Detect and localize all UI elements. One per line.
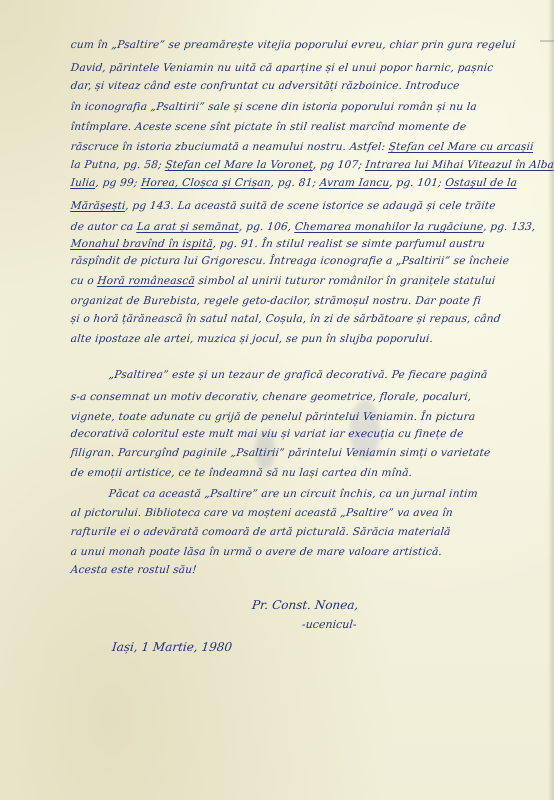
text-run: Acesta este rostul său! bbox=[70, 564, 197, 576]
text-run: dar, și viteaz când este confruntat cu a… bbox=[70, 80, 460, 92]
text-run: de emoții artistice, ce te îndeamnă să n… bbox=[70, 467, 413, 479]
underlined-title: Avram Iancu bbox=[319, 177, 390, 189]
text-run: vignete, toate adunate cu grijă de penel… bbox=[70, 411, 476, 423]
text-line: cum în „Psaltire” se preamărește vitejia… bbox=[70, 38, 516, 52]
underlined-title: Iulia bbox=[70, 177, 96, 189]
text-run: , pg. 101; bbox=[389, 177, 446, 189]
text-run: a unui monah poate lăsa în urmă o avere … bbox=[70, 546, 443, 558]
text-line: și o horă țărănească în satul natal, Coș… bbox=[70, 312, 501, 326]
text-run: alte ipostaze ale artei, muzica și jocul… bbox=[70, 333, 434, 345]
text-run: cum în „Psaltire” se preamărește vitejia… bbox=[70, 39, 516, 51]
underlined-title: La arat și semănat bbox=[136, 221, 240, 233]
underlined-title: Mărășești bbox=[70, 200, 126, 212]
text-line: Mărășești, pg 143. La această suită de s… bbox=[70, 199, 496, 213]
text-run: , pg. 91. În stilul realist se simte par… bbox=[212, 238, 485, 250]
paper-edge bbox=[548, 0, 554, 800]
text-line: al pictorului. Biblioteca care va moșten… bbox=[70, 506, 454, 520]
underlined-title: Ștefan cel Mare la Voroneț bbox=[165, 159, 314, 171]
text-run: filigran. Parcurgînd paginile „Psaltirii… bbox=[70, 447, 491, 459]
text-run: răscruce în istoria zbuciumată a neamulu… bbox=[70, 141, 389, 153]
handwritten-document-page: Pr. Const. Nonea, -ucenicul- Iași, 1 Mar… bbox=[0, 0, 554, 800]
text-line: Iulia, pg 99; Horea, Cloșca și Crișan, p… bbox=[70, 176, 518, 190]
underlined-title: Horea, Cloșca și Crișan bbox=[140, 177, 271, 189]
text-line: rafturile ei o adevărată comoară de artă… bbox=[70, 525, 451, 539]
text-line: de autor ca La arat și semănat, pg. 106,… bbox=[70, 220, 536, 234]
underlined-title: Ștefan cel Mare cu arcașii bbox=[388, 141, 534, 153]
text-run: și o horă țărănească în satul natal, Coș… bbox=[70, 313, 501, 325]
text-line: Acesta este rostul său! bbox=[70, 563, 197, 577]
text-line: dar, și viteaz când este confruntat cu a… bbox=[70, 79, 460, 93]
text-line: David, părintele Veniamin nu uită că apa… bbox=[70, 61, 494, 75]
text-run: , pg 143. La această suită de scene isto… bbox=[125, 200, 496, 212]
text-line: întîmplare. Aceste scene sînt pictate în… bbox=[70, 120, 467, 134]
text-run: răspîndit de pictura lui Grigorescu. Înt… bbox=[70, 255, 510, 267]
text-run: simbol al unirii tuturor românilor în gr… bbox=[194, 275, 496, 287]
underlined-title: Chemarea monahilor la rugăciune bbox=[294, 221, 484, 233]
text-line: de emoții artistice, ce te îndeamnă să n… bbox=[70, 466, 413, 480]
paper-edge-mark bbox=[540, 40, 554, 42]
signature-name: Pr. Const. Nonea, bbox=[251, 598, 359, 612]
text-run: , pg. 81; bbox=[270, 177, 320, 189]
text-run: cu o bbox=[70, 275, 98, 287]
underlined-title: Ostaşul de la bbox=[445, 177, 518, 189]
text-run: „Psaltirea” este și un tezaur de grafică… bbox=[108, 369, 488, 381]
text-run: de autor ca bbox=[70, 221, 137, 233]
text-line: filigran. Parcurgînd paginile „Psaltirii… bbox=[70, 446, 491, 460]
text-line: decorativă coloritul este mult mai viu ș… bbox=[70, 427, 464, 441]
text-line: cu o Horă românească simbol al unirii tu… bbox=[70, 274, 496, 288]
text-run: în iconografia „Psaltirii” sale și scene… bbox=[70, 101, 477, 113]
text-run: organizat de Burebista, regele geto-daci… bbox=[70, 295, 482, 307]
text-run: , pg 99; bbox=[95, 177, 142, 189]
underlined-title: Intrarea lui Mihai Viteazul în Alba bbox=[365, 159, 554, 171]
text-line: s-a consemnat un motiv decorativ, chenar… bbox=[70, 390, 472, 404]
underlined-title: Monahul bravînd în ispită bbox=[70, 238, 213, 250]
text-run: David, părintele Veniamin nu uită că apa… bbox=[70, 62, 494, 74]
text-line: Păcat ca această „Psaltire” are un circu… bbox=[108, 487, 479, 501]
text-run: întîmplare. Aceste scene sînt pictate în… bbox=[70, 121, 467, 133]
text-line: în iconografia „Psaltirii” sale și scene… bbox=[70, 100, 478, 114]
text-run: , pg 107; bbox=[313, 159, 367, 171]
signature-title: -ucenicul- bbox=[301, 618, 357, 631]
text-run: al pictorului. Biblioteca care va moșten… bbox=[70, 507, 453, 519]
text-line: a unui monah poate lăsa în urmă o avere … bbox=[70, 545, 443, 559]
text-line: vignete, toate adunate cu grijă de penel… bbox=[70, 410, 476, 424]
text-line: răscruce în istoria zbuciumată a neamulu… bbox=[70, 140, 534, 154]
text-line: alte ipostaze ale artei, muzica și jocul… bbox=[70, 332, 434, 346]
text-line: la Putna, pg. 58; Ștefan cel Mare la Vor… bbox=[70, 158, 554, 172]
text-run: Păcat ca această „Psaltire” are un circu… bbox=[108, 488, 478, 500]
text-line: „Psaltirea” este și un tezaur de grafică… bbox=[108, 368, 488, 382]
text-run: s-a consemnat un motiv decorativ, chenar… bbox=[70, 391, 472, 403]
text-line: Monahul bravînd în ispită, pg. 91. În st… bbox=[70, 237, 486, 251]
text-line: răspîndit de pictura lui Grigorescu. Înt… bbox=[70, 254, 510, 268]
text-run: , pg. 106, bbox=[239, 221, 296, 233]
text-line: organizat de Burebista, regele geto-daci… bbox=[70, 294, 482, 308]
text-run: , pg. 133, bbox=[483, 221, 536, 233]
text-run: decorativă coloritul este mult mai viu ș… bbox=[70, 428, 464, 440]
place-and-date: Iași, 1 Martie, 1980 bbox=[111, 640, 233, 654]
text-run: rafturile ei o adevărată comoară de artă… bbox=[70, 526, 451, 538]
text-run: la Putna, pg. 58; bbox=[70, 159, 166, 171]
underlined-title: Horă românească bbox=[97, 275, 196, 287]
